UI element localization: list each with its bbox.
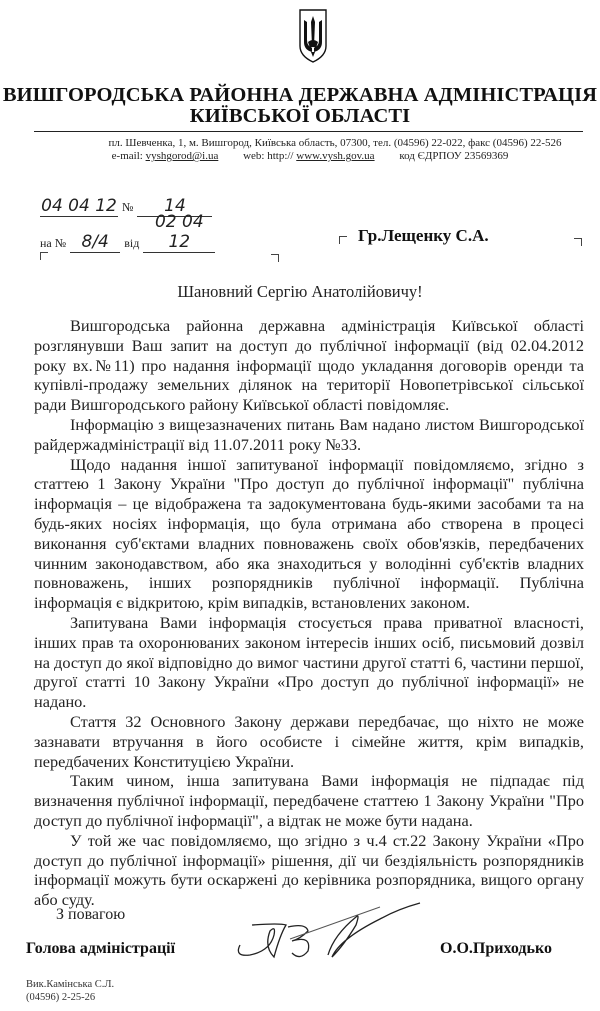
recipient: Гр.Лещенку С.А.: [358, 226, 489, 246]
paragraph: Інформацію з вищезазначених питань Вам н…: [34, 415, 584, 455]
org-address: пл. Шевченка, 1, м. Вишгород, Київська о…: [0, 137, 600, 150]
org-title-line1: ВИШГОРОДСЬКА РАЙОННА ДЕРЖАВНА АДМІНІСТРА…: [0, 84, 600, 106]
reply-date: 02 04 12: [143, 212, 215, 253]
executor-name: Вик.Камінська С.Л.: [26, 978, 114, 991]
signatory-name: О.О.Приходько: [440, 940, 552, 958]
recipient-corner-left: [339, 236, 347, 244]
email-link[interactable]: vyshgorod@i.ua: [146, 150, 219, 162]
web-link[interactable]: www.vysh.gov.ua: [296, 150, 374, 162]
paragraph: Вишгородська районна державна адміністра…: [34, 316, 584, 415]
reply-label: на №: [40, 236, 66, 250]
letter-body: Вишгородська районна державна адміністра…: [34, 316, 584, 910]
org-title-line2: КИЇВСЬКОЇ ОБЛАСТІ: [0, 105, 600, 127]
paragraph: Таким чином, інша запитувана Вами інформ…: [34, 771, 584, 830]
letterhead-divider: [34, 131, 583, 132]
signatory-title: Голова адміністрації: [26, 940, 175, 958]
handwritten-signature-icon: [230, 895, 470, 970]
edrpou-code: код ЄДРПОУ 23569369: [399, 150, 508, 162]
executor-phone: (04596) 2-25-26: [26, 991, 114, 1004]
recipient-corner-right: [574, 238, 582, 246]
closing: З повагою: [56, 906, 125, 924]
reply-number: 8/4: [70, 232, 120, 253]
paragraph: Запитувана Вами інформація стосується пр…: [34, 613, 584, 712]
trident-emblem-icon: [298, 8, 328, 64]
reply-reference: на № 8/4 від 02 04 12: [40, 212, 215, 253]
paragraph: Щодо надання іншої запитуваної інформаці…: [34, 455, 584, 613]
from-label: від: [124, 236, 139, 250]
salutation: Шановний Сергію Анатолійовичу!: [0, 282, 600, 302]
org-contacts: e-mail: vyshgorod@i.ua web: http:// www.…: [0, 150, 600, 163]
web-label: web: http://: [243, 150, 293, 162]
executor-block: Вик.Камінська С.Л. (04596) 2-25-26: [26, 978, 114, 1004]
subject-corner-left: [40, 252, 48, 260]
paragraph: Стаття 32 Основного Закону держави перед…: [34, 712, 584, 771]
subject-corner-right: [271, 254, 279, 262]
email-label: e-mail:: [112, 150, 143, 162]
